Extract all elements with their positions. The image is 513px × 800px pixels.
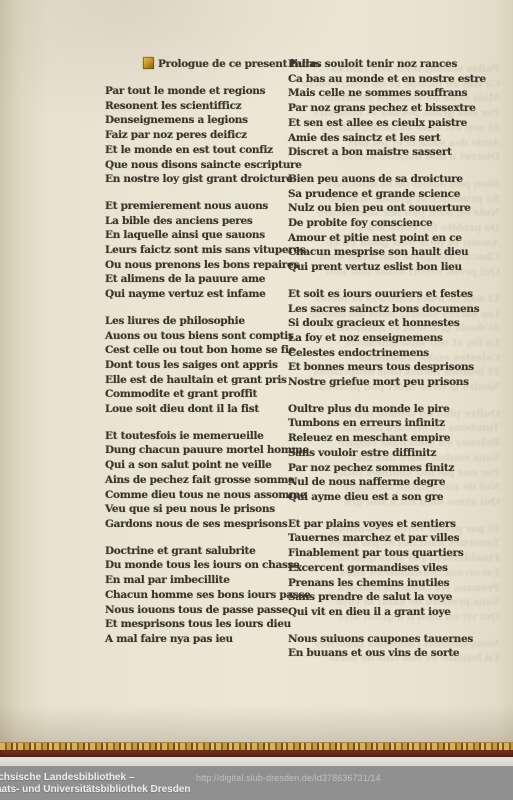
verse-line: Par tout le monde et regions bbox=[105, 84, 295, 99]
verse-line: Ca bas au monde et en nostre estre bbox=[288, 72, 483, 87]
library-name-line1: Sächsische Landesbibliothek – bbox=[0, 772, 191, 784]
verse-line: Nulz ou bien peu ont souuerture bbox=[288, 201, 483, 216]
verse-line: Tauernes marchez et par villes bbox=[288, 531, 483, 546]
verse-line: Elle est de haultain et grant pris bbox=[105, 373, 295, 388]
verse-line: Que nous disons saincte escripture bbox=[105, 158, 295, 173]
verse-line: Pallas souloit tenir noz rances bbox=[288, 57, 483, 72]
watermark-band: Sächsische Landesbibliothek – Staats- un… bbox=[0, 766, 513, 800]
illuminated-pilcrow-icon bbox=[143, 57, 154, 69]
verse-line: Chacun homme ses bons iours passe bbox=[105, 588, 295, 603]
verse-line: Ains de pechez fait grosse somme bbox=[105, 473, 295, 488]
library-name-line2: Staats- und Universitätsbibliothek Dresd… bbox=[0, 784, 191, 796]
verse-line: En nostre loy gist grant droicture bbox=[105, 172, 295, 187]
left-column: Par tout le monde et regionsResonent les… bbox=[105, 84, 295, 659]
verse-line: Qui a son salut point ne veille bbox=[105, 458, 295, 473]
scanned-book-page-view: Pallas souloit tenir noz rancesCa bas au… bbox=[0, 0, 513, 800]
parchment-page: Pallas souloit tenir noz rancesCa bas au… bbox=[0, 0, 513, 742]
stanza: Pallas souloit tenir noz rancesCa bas au… bbox=[288, 57, 483, 160]
stanza: Bien peu auons de sa droictureSa prudenc… bbox=[288, 172, 483, 275]
verse-line: Denseignemens a legions bbox=[105, 113, 295, 128]
verse-line: Loue soit dieu dont il la fist bbox=[105, 402, 295, 417]
stanza: Doctrine et grant salubriteDu monde tous… bbox=[105, 544, 295, 647]
verse-line: Les sacres sainctz bons documens bbox=[288, 302, 483, 317]
verse-line: Et soit es iours ouuriers et festes bbox=[288, 287, 483, 302]
stanza: Et premierement nous auonsLa bible des a… bbox=[105, 199, 295, 302]
verse-line: Et toutesfois ie memerueille bbox=[105, 429, 295, 444]
stanza: Nous suiuons caupones tauernesEn buuans … bbox=[288, 632, 483, 661]
verse-line: Et par plains voyes et sentiers bbox=[288, 517, 483, 532]
verse-line: Amour et pitie nest point en ce bbox=[288, 231, 483, 246]
stanza: Les liures de philosophieAuons ou tous b… bbox=[105, 314, 295, 417]
verse-line: Nul de nous nafferme degre bbox=[288, 475, 483, 490]
verse-line: Qui ayme dieu est a son gre bbox=[288, 490, 483, 505]
verse-line: La bible des anciens peres bbox=[105, 214, 295, 229]
book-gilt-edge bbox=[0, 742, 513, 758]
verse-line: Nous suiuons caupones tauernes bbox=[288, 632, 483, 647]
verse-line: Du monde tous les iours on chasse bbox=[105, 558, 295, 573]
verse-line: Sans vouloir estre diffinitz bbox=[288, 446, 483, 461]
verse-line: Commodite et grant proffit bbox=[105, 387, 295, 402]
verse-line: Oultre plus du monde le pire bbox=[288, 402, 483, 417]
verse-line: Qui nayme vertuz est infame bbox=[105, 287, 295, 302]
verse-line: Resonent les scientifficz bbox=[105, 99, 295, 114]
verse-line: Auons ou tous biens sont comptis bbox=[105, 329, 295, 344]
verse-line: Et sen est allee es cieulx paistre bbox=[288, 116, 483, 131]
verse-line: Et alimens de la pauure ame bbox=[105, 272, 295, 287]
verse-line: Et le monde en est tout confiz bbox=[105, 143, 295, 158]
verse-line: Par noz pechez sommes finitz bbox=[288, 461, 483, 476]
verse-line: Doctrine et grant salubrite bbox=[105, 544, 295, 559]
verse-line: Finablement par tous quartiers bbox=[288, 546, 483, 561]
verse-line: Ou nous prenons les bons repaires bbox=[105, 258, 295, 273]
verse-line: Prenans les chemins inutiles bbox=[288, 576, 483, 591]
digital-url: http://digital.slub-dresden.de/id3786367… bbox=[196, 773, 381, 783]
verse-line: Discret a bon maistre sassert bbox=[288, 145, 483, 160]
verse-line: Par noz grans pechez et bissextre bbox=[288, 101, 483, 116]
verse-line: En mal par imbecillite bbox=[105, 573, 295, 588]
verse-line: Nous iouons tous de passe passe bbox=[105, 603, 295, 618]
verse-line: Leurs faictz sont mis sans vituperes bbox=[105, 243, 295, 258]
verse-line: Qui prent vertuz eslist bon lieu bbox=[288, 260, 483, 275]
verse-line: Faiz par noz peres deificz bbox=[105, 128, 295, 143]
verse-line: Les liures de philosophie bbox=[105, 314, 295, 329]
verse-line: Releuez en meschant empire bbox=[288, 431, 483, 446]
verse-line: Sans prendre de salut la voye bbox=[288, 590, 483, 605]
verse-line: Mais celle ne sommes souffrans bbox=[288, 86, 483, 101]
verse-line: Et bonnes meurs tous desprisons bbox=[288, 360, 483, 375]
verse-line: Amie des sainctz et les sert bbox=[288, 131, 483, 146]
stanza: Par tout le monde et regionsResonent les… bbox=[105, 84, 295, 187]
verse-line: Comme dieu tous ne nous assomme bbox=[105, 488, 295, 503]
verse-line: Dont tous les saiges ont appris bbox=[105, 358, 295, 373]
verse-line: Veu que si peu nous le prisons bbox=[105, 502, 295, 517]
right-column: Pallas souloit tenir noz rancesCa bas au… bbox=[288, 57, 483, 673]
verse-line: En laquelle ainsi que sauons bbox=[105, 228, 295, 243]
verse-line: Nostre griefue mort peu prisons bbox=[288, 375, 483, 390]
stanza: Oultre plus du monde le pireTumbons en e… bbox=[288, 402, 483, 505]
verse-line: Celestes endoctrinemens bbox=[288, 346, 483, 361]
stanza: Et toutesfois ie memerueilleDung chacun … bbox=[105, 429, 295, 532]
verse-line: Sa prudence et grande science bbox=[288, 187, 483, 202]
verse-line: Et mesprisons tous les iours dieu bbox=[105, 617, 295, 632]
verse-line: Gardons nous de ses mesprisons bbox=[105, 517, 295, 532]
verse-line: De probite foy conscience bbox=[288, 216, 483, 231]
verse-line: A mal faire nya pas ieu bbox=[105, 632, 295, 647]
library-name: Sächsische Landesbibliothek – Staats- un… bbox=[0, 772, 191, 796]
verse-line: Tumbons en erreurs infinitz bbox=[288, 416, 483, 431]
verse-line: Bien peu auons de sa droicture bbox=[288, 172, 483, 187]
stanza: Et par plains voyes et sentiersTauernes … bbox=[288, 517, 483, 620]
stanza: Et soit es iours ouuriers et festesLes s… bbox=[288, 287, 483, 390]
verse-line: Excercent gormandises viles bbox=[288, 561, 483, 576]
verse-line: Si doulx gracieux et honnestes bbox=[288, 316, 483, 331]
verse-line: La foy et noz enseignemens bbox=[288, 331, 483, 346]
verse-line: Chacun mesprise son hault dieu bbox=[288, 245, 483, 260]
scan-background-strip bbox=[0, 757, 513, 766]
verse-line: En buuans et ous vins de sorte bbox=[288, 646, 483, 661]
verse-line: Qui vit en dieu il a grant ioye bbox=[288, 605, 483, 620]
verse-line: Et premierement nous auons bbox=[105, 199, 295, 214]
verse-line: Cest celle ou tout bon home se fie bbox=[105, 343, 295, 358]
verse-line: Dung chacun pauure mortel homme bbox=[105, 443, 295, 458]
